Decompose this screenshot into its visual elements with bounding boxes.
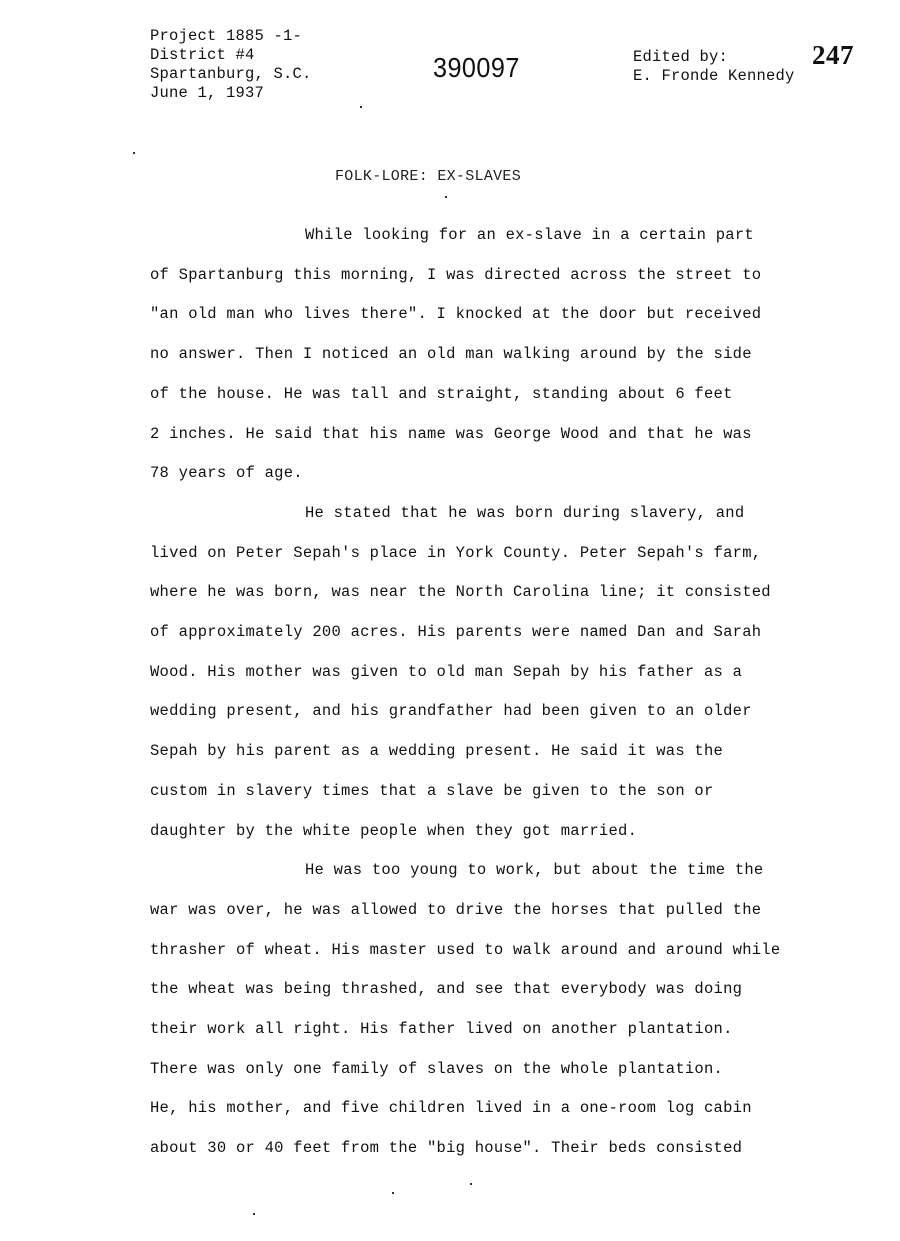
text-line: Sepah by his parent as a wedding present… bbox=[150, 740, 723, 762]
scan-speck bbox=[470, 1183, 472, 1185]
text-line: wedding present, and his grandfather had… bbox=[150, 700, 752, 722]
document-number: 390097 bbox=[433, 52, 520, 84]
scan-speck bbox=[253, 1213, 255, 1215]
district-line: District #4 bbox=[150, 46, 312, 65]
editor-block: Edited by: E. Fronde Kennedy bbox=[633, 48, 795, 86]
text-line: their work all right. His father lived o… bbox=[150, 1018, 733, 1040]
text-line: There was only one family of slaves on t… bbox=[150, 1058, 723, 1080]
scan-speck bbox=[133, 152, 135, 154]
text-line: custom in slavery times that a slave be … bbox=[150, 780, 714, 802]
text-line: He was too young to work, but about the … bbox=[305, 859, 763, 881]
date-line: June 1, 1937 bbox=[150, 84, 312, 103]
text-line: daughter by the white people when they g… bbox=[150, 820, 637, 842]
text-line: no answer. Then I noticed an old man wal… bbox=[150, 343, 752, 365]
text-line: of approximately 200 acres. His parents … bbox=[150, 621, 761, 643]
project-line: Project 1885 -1- bbox=[150, 27, 312, 46]
document-page: Project 1885 -1- District #4 Spartanburg… bbox=[0, 0, 900, 1241]
text-line: 78 years of age. bbox=[150, 462, 303, 484]
scan-speck bbox=[360, 106, 362, 108]
text-line: the wheat was being thrashed, and see th… bbox=[150, 978, 742, 1000]
location-line: Spartanburg, S.C. bbox=[150, 65, 312, 84]
text-line: He, his mother, and five children lived … bbox=[150, 1097, 752, 1119]
text-line: "an old man who lives there". I knocked … bbox=[150, 303, 761, 325]
text-line: He stated that he was born during slaver… bbox=[305, 502, 744, 524]
text-line: 2 inches. He said that his name was Geor… bbox=[150, 423, 752, 445]
text-line: where he was born, was near the North Ca… bbox=[150, 581, 771, 603]
text-line: of the house. He was tall and straight, … bbox=[150, 383, 733, 405]
document-title: FOLK-LORE: EX-SLAVES bbox=[335, 168, 521, 186]
edited-by-label: Edited by: bbox=[633, 48, 795, 67]
text-line: Wood. His mother was given to old man Se… bbox=[150, 661, 742, 683]
scan-speck bbox=[392, 1192, 394, 1194]
text-line: about 30 or 40 feet from the "big house"… bbox=[150, 1137, 742, 1159]
text-line: While looking for an ex-slave in a certa… bbox=[305, 224, 754, 246]
scan-speck bbox=[445, 196, 447, 198]
text-line: thrasher of wheat. His master used to wa… bbox=[150, 939, 780, 961]
project-info-block: Project 1885 -1- District #4 Spartanburg… bbox=[150, 27, 312, 103]
text-line: of Spartanburg this morning, I was direc… bbox=[150, 264, 761, 286]
text-line: lived on Peter Sepah's place in York Cou… bbox=[150, 542, 761, 564]
editor-name: E. Fronde Kennedy bbox=[633, 67, 795, 86]
text-line: war was over, he was allowed to drive th… bbox=[150, 899, 761, 921]
page-number: 247 bbox=[812, 40, 854, 70]
